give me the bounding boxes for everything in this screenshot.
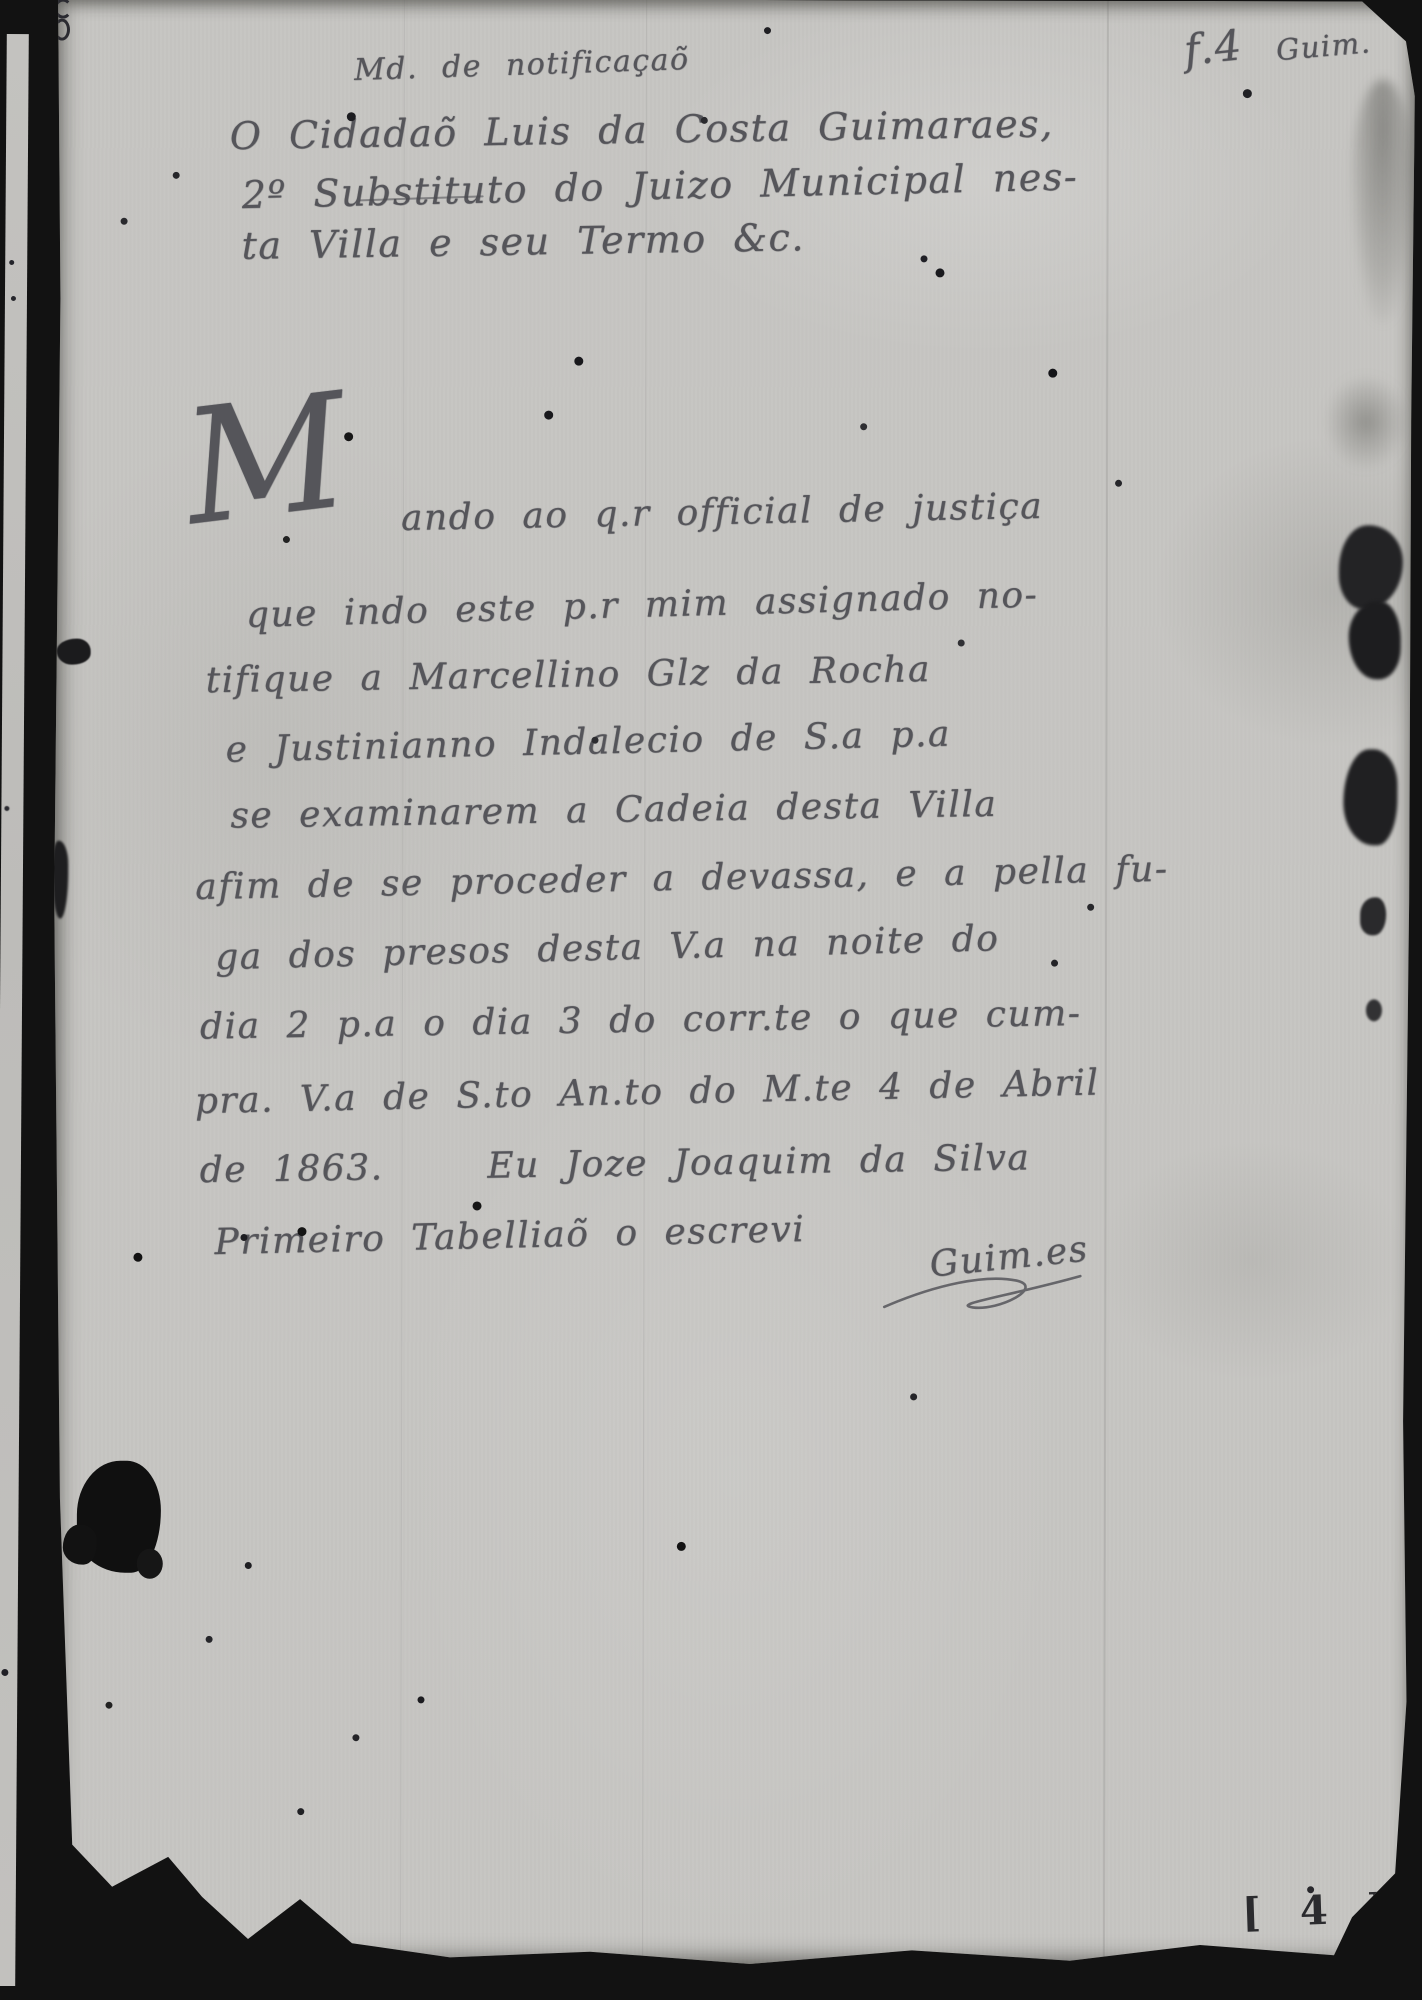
body-line: ga dos presos desta V.a na noite do	[215, 918, 1000, 978]
previous-page-edge	[0, 34, 29, 1986]
opening-line: ta Villa e seu Termo &c.	[241, 215, 805, 268]
ink-blot	[1343, 749, 1397, 845]
edge-stain	[1323, 373, 1409, 471]
edge-stain	[1349, 79, 1416, 323]
opening-line: 2º Substituto do Juizo Municipal nes-	[241, 155, 1078, 218]
body-line: Primeiro Tabelliaõ o escrevi	[214, 1209, 806, 1263]
body-line: se examinarem a Cadeia desta Villa	[230, 784, 997, 837]
body-line: dia 2 p.a o dia 3 do corr.te o que cum-	[200, 993, 1082, 1048]
opening-line: O Cidadaõ Luis da Costa Guimaraes,	[229, 101, 1053, 158]
manuscript-page: f.4 Guim. Md. de notificaçaõ O Cidadaõ L…	[50, 0, 1418, 1969]
body-line: tifique a Marcellino Glz da Rocha	[205, 649, 931, 701]
scanned-document-photo: f.4 Guim. Md. de notificaçaõ O Cidadaõ L…	[0, 0, 1422, 2000]
signature-flourish	[876, 1260, 1089, 1326]
paper-crease	[1103, 1, 1109, 1969]
ink-blot	[1339, 525, 1403, 609]
drop-cap-initial: M	[178, 388, 355, 533]
ink-mark	[54, 0, 72, 19]
paper-crease	[400, 0, 405, 1967]
body-line: pra. V.a de S.to An.to do M.te 4 de Abri…	[194, 1063, 1099, 1123]
page-number-stamp: [ 4 ]	[1241, 1885, 1392, 1937]
body-line: que indo este p.r mim assignado no-	[245, 575, 1038, 636]
paper-crease	[642, 0, 647, 1968]
ink-blot	[57, 639, 91, 665]
folio-rubric: Guim.	[1275, 25, 1373, 67]
body-line: de 1863. Eu Joze Joaquim da Silva	[199, 1137, 1030, 1191]
large-ink-blot	[77, 1461, 161, 1573]
ink-blot	[52, 841, 68, 919]
body-line: afim de se proceder a devassa, e a pella…	[195, 849, 1169, 908]
ink-mark	[54, 19, 70, 41]
ink-blot	[1366, 999, 1382, 1021]
body-line: e Justinianno Indalecio de S.a p.a	[225, 714, 951, 771]
folio-mark: f.4	[1182, 20, 1245, 75]
body-line: ando ao q.r official de justiça	[401, 486, 1044, 539]
ink-blot	[1360, 897, 1386, 935]
ink-blot	[1349, 601, 1401, 679]
